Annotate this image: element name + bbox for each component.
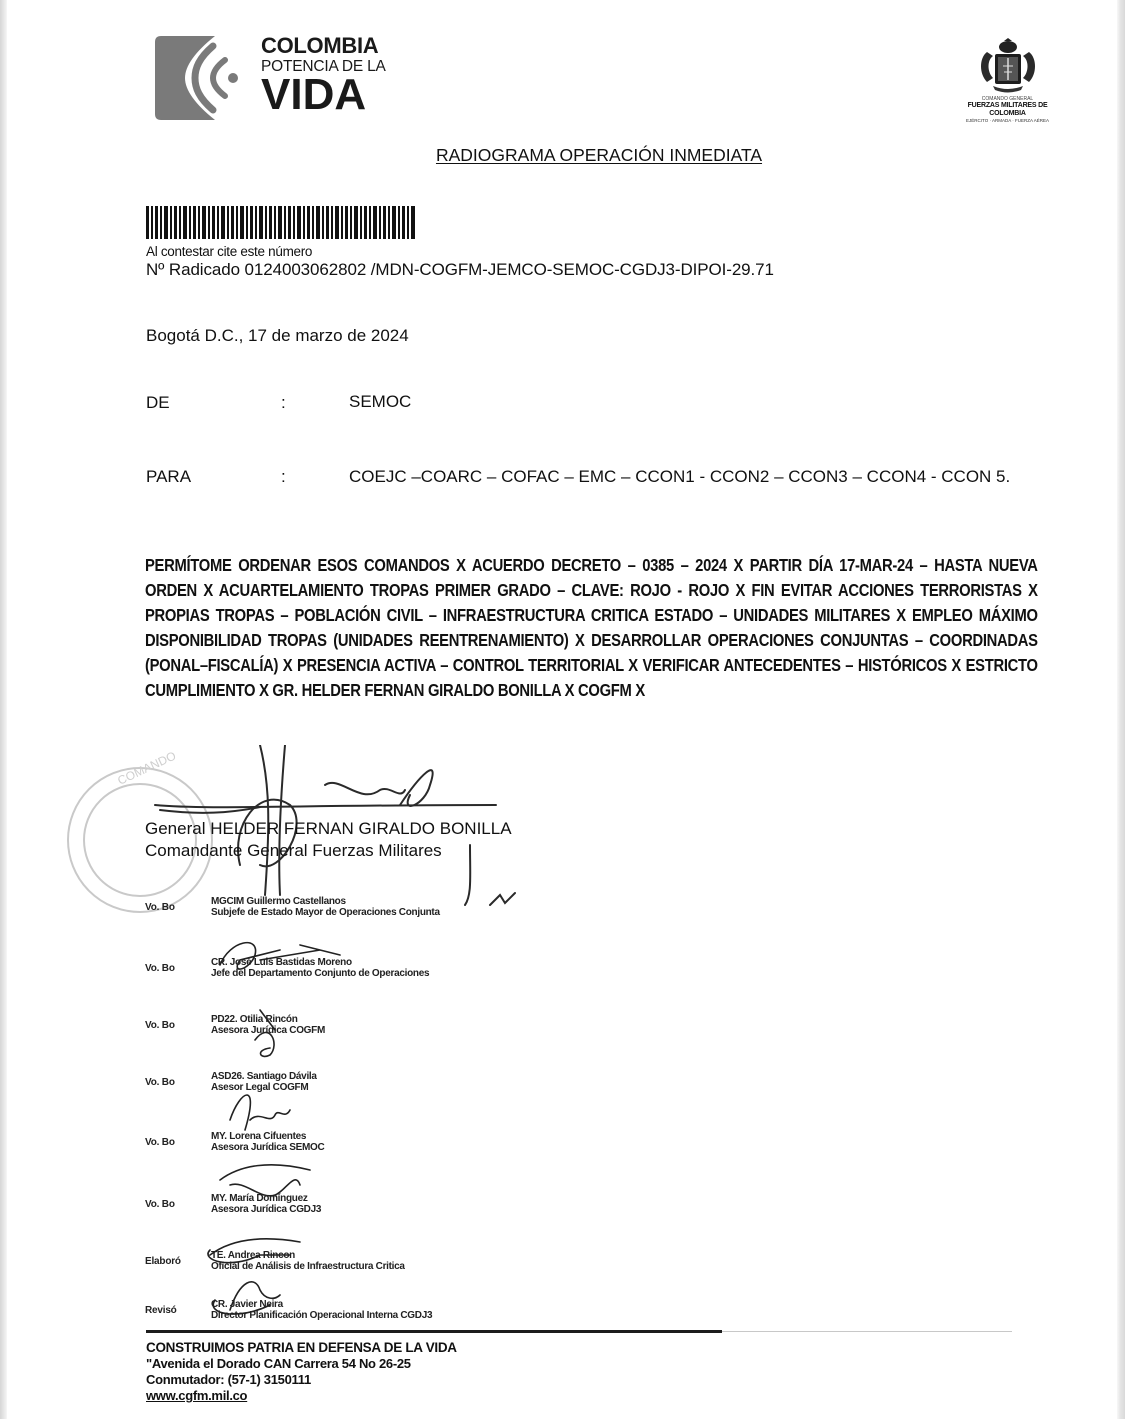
footer-phone: Conmutador: (57-1) 3150111 <box>146 1372 311 1387</box>
approval-name: TE. Andrea Rincon <box>211 1250 295 1261</box>
crest-line-2: FUERZAS MILITARES DE COLOMBIA <box>955 102 1060 118</box>
approval-role: Asesor Legal COGFM <box>211 1082 308 1093</box>
order-body: PERMÍTOME ORDENAR ESOS COMANDOS X ACUERD… <box>145 553 1038 703</box>
approval-name: CR. José Luis Bastidas Moreno <box>211 957 352 968</box>
logo-line-colombia: COLOMBIA <box>261 34 386 58</box>
colombia-potencia-de-la-vida-logo: COLOMBIA POTENCIA DE LA VIDA <box>155 34 405 124</box>
approval-name: ASD26. Santiago Dávila <box>211 1071 317 1082</box>
footer-address: "Avenida el Dorado CAN Carrera 54 No 26-… <box>146 1356 411 1371</box>
approval-name: MY. María Domínguez <box>211 1193 308 1204</box>
approval-row: Vo. Bo MGCIM Guillermo Castellanos Subje… <box>145 896 645 930</box>
approval-label: Vo. Bo <box>145 1077 175 1088</box>
approval-role: Asesora Jurídica CGDJ3 <box>211 1204 321 1215</box>
crest-line-3: EJÉRCITO · ARMADA · FUERZA AÉREA <box>955 118 1060 123</box>
approval-role: Asesora Jurídica SEMOC <box>211 1142 324 1153</box>
approval-row: Vo. Bo CR. José Luis Bastidas Moreno Jef… <box>145 957 645 991</box>
svg-text:COMANDO: COMANDO <box>115 749 178 788</box>
military-forces-crest: COMANDO GENERAL FUERZAS MILITARES DE COL… <box>955 38 1060 123</box>
approval-label: Vo. Bo <box>145 1020 175 1031</box>
footer-divider-faint <box>722 1331 1012 1332</box>
approval-role: Subjefe de Estado Mayor de Operaciones C… <box>211 907 440 918</box>
approval-row: Revisó CR. Javier Neira Director Planifi… <box>145 1299 645 1333</box>
approval-label: Vo. Bo <box>145 902 175 913</box>
approval-label: Revisó <box>145 1305 177 1316</box>
footer-slogan: CONSTRUIMOS PATRIA EN DEFENSA DE LA VIDA <box>146 1340 457 1355</box>
footer-divider <box>146 1330 722 1333</box>
approval-label: Vo. Bo <box>145 1137 175 1148</box>
approval-role: Jefe del Departamento Conjunto de Operac… <box>211 968 429 979</box>
approval-row: Vo. Bo PD22. Otilia Rincón Asesora Juríd… <box>145 1014 645 1048</box>
page-edge-left <box>0 0 7 1419</box>
approval-row: Vo. Bo ASD26. Santiago Dávila Asesor Leg… <box>145 1071 645 1105</box>
approval-name: MY. Lorena Cifuentes <box>211 1131 306 1142</box>
approval-row: Vo. Bo MY. María Domínguez Asesora Juríd… <box>145 1193 645 1227</box>
approval-name: CR. Javier Neira <box>211 1299 283 1310</box>
logo-line-vida: VIDA <box>261 75 386 115</box>
approval-role: Asesora Jurídica COGFM <box>211 1025 325 1036</box>
to-colon: : <box>281 467 286 487</box>
colombia-wave-logo-icon <box>155 36 239 120</box>
radicado-number: Nº Radicado 0124003062802 /MDN-COGFM-JEM… <box>146 260 774 280</box>
approval-name: PD22. Otilia Rincón <box>211 1014 298 1025</box>
signatory-name: General HELDER FERNAN GIRALDO BONILLA <box>145 819 512 839</box>
military-forces-crest-icon <box>973 38 1043 96</box>
approval-row: Elaboró TE. Andrea Rincon Oficial de Aná… <box>145 1250 645 1284</box>
page-edge-right <box>1117 0 1125 1419</box>
place-date: Bogotá D.C., 17 de marzo de 2024 <box>146 326 409 346</box>
approval-label: Vo. Bo <box>145 963 175 974</box>
approval-name: MGCIM Guillermo Castellanos <box>211 896 346 907</box>
from-colon: : <box>281 393 286 413</box>
signatory-role: Comandante General Fuerzas Militares <box>145 841 442 861</box>
from-label: DE <box>146 393 170 413</box>
cite-note: Al contestar cite este número <box>146 244 312 259</box>
approval-row: Vo. Bo MY. Lorena Cifuentes Asesora Jurí… <box>145 1131 645 1165</box>
barcode-icon <box>146 206 418 239</box>
document-title: RADIOGRAMA OPERACIÓN INMEDIATA <box>0 145 1125 166</box>
approval-role: Director Planificación Operacional Inter… <box>211 1310 432 1321</box>
to-value: COEJC –COARC – COFAC – EMC – CCON1 - CCO… <box>349 466 1029 488</box>
to-label: PARA <box>146 467 191 487</box>
footer-website-link[interactable]: www.cgfm.mil.co <box>146 1388 247 1403</box>
approval-label: Elaboró <box>145 1256 181 1267</box>
approval-role: Oficial de Análisis de Infraestructura C… <box>211 1261 405 1272</box>
approval-label: Vo. Bo <box>145 1199 175 1210</box>
from-value: SEMOC <box>349 391 1039 413</box>
